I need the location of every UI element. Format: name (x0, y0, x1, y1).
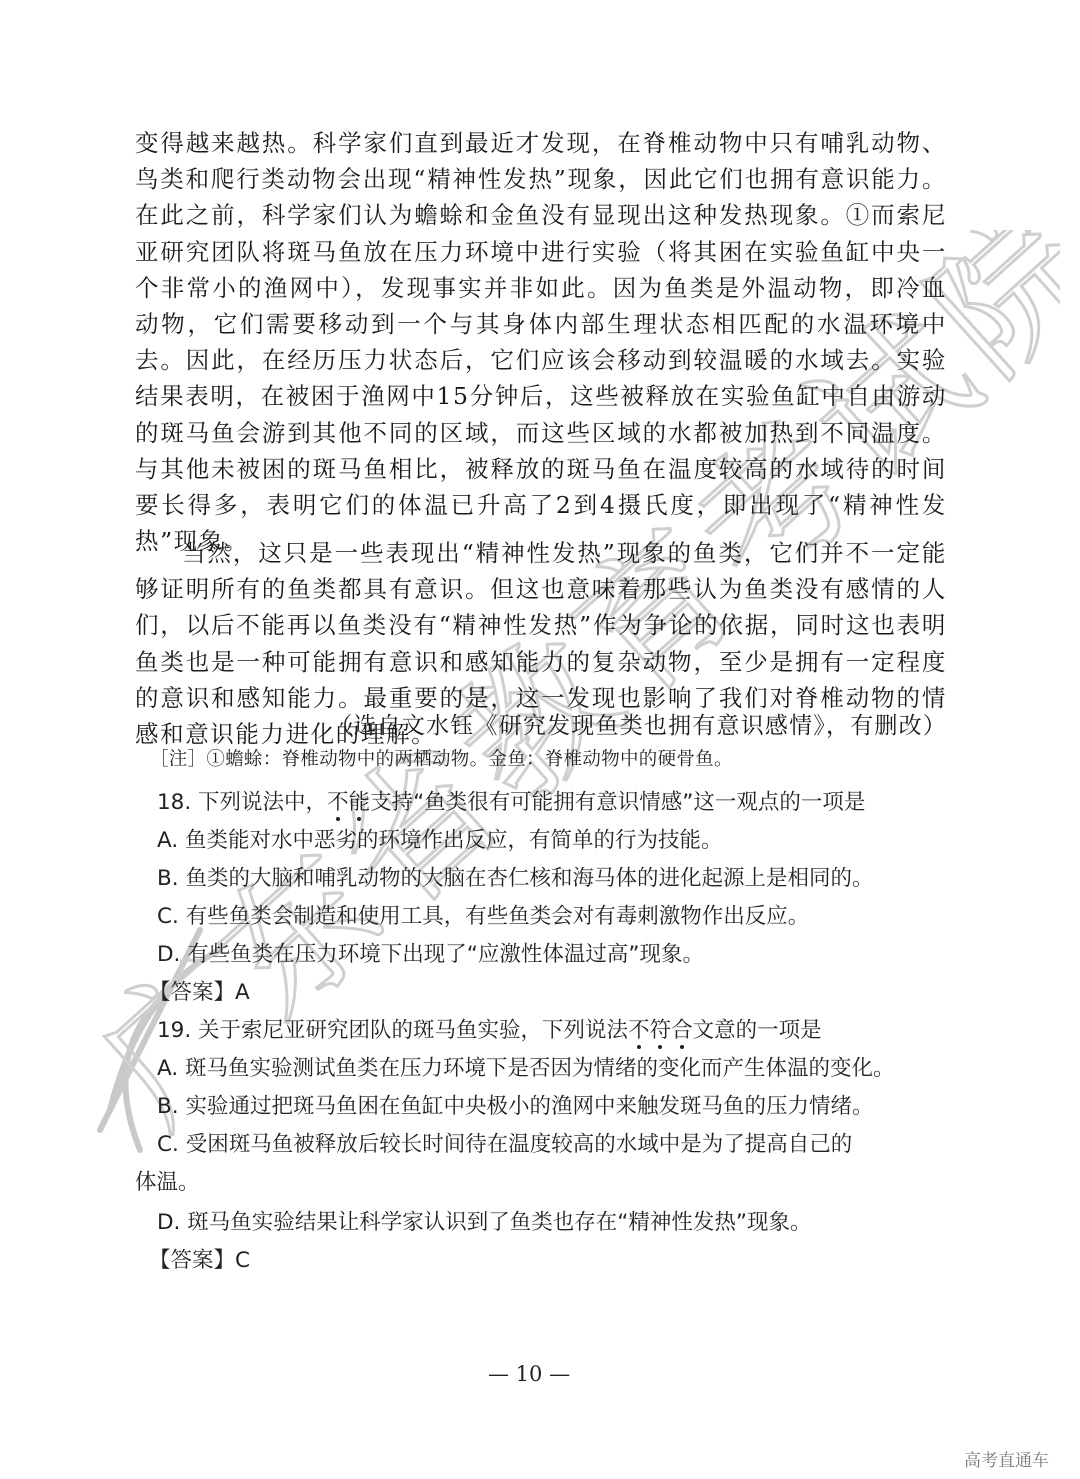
emphasis-char: 合 (671, 1018, 693, 1043)
option-c: C. 受困斑马鱼被释放后较长时间待在温度较高的水域中是为了提高自己的 (157, 1127, 852, 1158)
emphasis-char: 能 (349, 790, 371, 815)
footnote: ［注］①蟾蜍：脊椎动物中的两栖动物。金鱼：脊椎动物中的硬骨鱼。 (150, 745, 733, 771)
question-19-stem: 19. 关于索尼亚研究团队的斑马鱼实验，下列说法不符合文意的一项是 (157, 1013, 822, 1044)
option-c: C. 有些鱼类会制造和使用工具，有些鱼类会对有毒刺激物作出反应。 (157, 899, 809, 930)
brand-watermark-text: 高考直通车 (964, 1446, 1049, 1471)
answer-18: 【答案】A (149, 975, 250, 1006)
passage-paragraph-1: 变得越来越热。科学家们直到最近才发现，在脊椎动物中只有哺乳动物、鸟类和爬行类动物… (135, 125, 947, 559)
option-b: B. 实验通过把斑马鱼困在鱼缸中央极小的渔网中来触发斑马鱼的压力情绪。 (157, 1089, 873, 1120)
page-number: — 10 — (488, 1362, 570, 1386)
answer-19: 【答案】C (149, 1243, 250, 1274)
passage-source: （选自文水钰《研究发现鱼类也拥有意识感情》，有删改） (329, 707, 947, 740)
option-b: B. 鱼类的大脑和哺乳动物的大脑在杏仁核和海马体的进化起源上是相同的。 (157, 861, 873, 892)
option-d: D. 有些鱼类在压力环境下出现了“应激性体温过高”现象。 (157, 937, 704, 968)
option-a: A. 斑马鱼实验测试鱼类在压力环境下是否因为情绪的变化而产生体温的变化。 (157, 1051, 895, 1082)
emphasis-char: 不 (327, 790, 349, 815)
emphasis-char: 符 (650, 1018, 672, 1043)
question-18-stem: 18. 下列说法中，不能支持“鱼类很有可能拥有意识情感”这一观点的一项是 (157, 785, 865, 816)
option-a: A. 鱼类能对水中恶劣的环境作出反应，有简单的行为技能。 (157, 823, 723, 854)
exam-page: 广东省教育考试院 变得越来越热。科学家们直到最近才发现，在脊椎动物中只有哺乳动物… (0, 0, 1080, 1479)
option-c-continuation: 体温。 (135, 1165, 200, 1196)
option-d: D. 斑马鱼实验结果让科学家认识到了鱼类也存在“精神性发热”现象。 (157, 1205, 812, 1236)
emphasis-char: 不 (628, 1018, 650, 1043)
